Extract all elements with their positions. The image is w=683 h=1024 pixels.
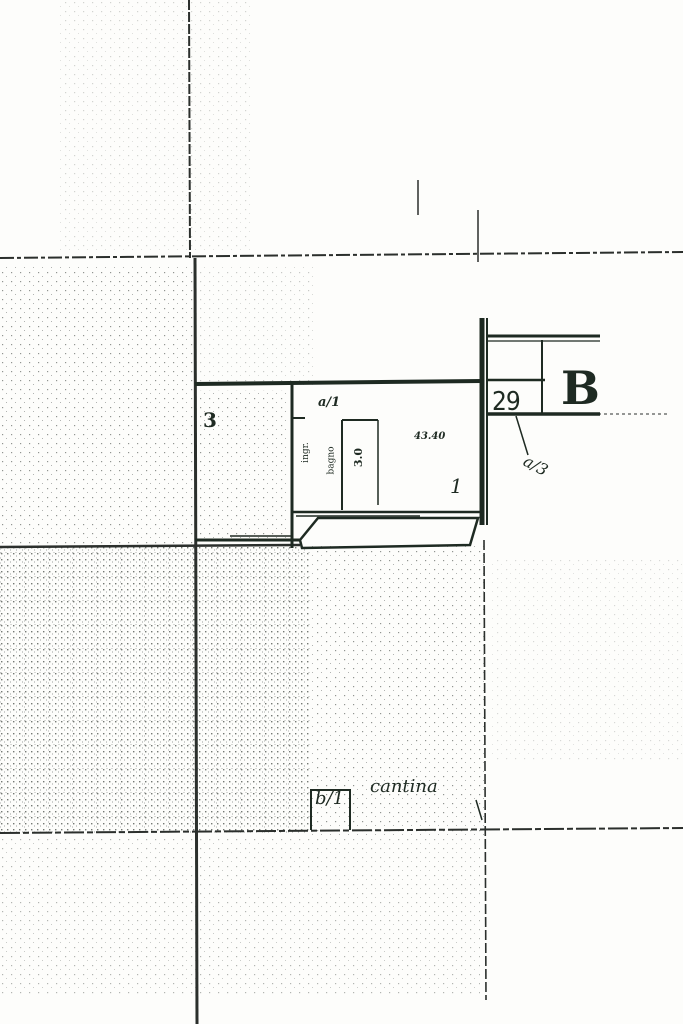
vertical-label-entrance: ingr. xyxy=(302,442,311,463)
cellar-label: cantina xyxy=(370,778,438,796)
vertical-label-dimension: 3.0 xyxy=(353,448,364,467)
floor-plan-sheet: 3 a/1 43.40 1 ingr. bagno 3.0 29 B a/3 b… xyxy=(0,0,683,1024)
cellar-box-label: b/1 xyxy=(315,790,344,808)
room-marker-3: 3 xyxy=(203,410,217,430)
vertical-label-bath: bagno xyxy=(328,446,337,474)
block-letter-label: B xyxy=(561,365,600,411)
unit-subalterno-label: a/1 xyxy=(318,396,340,409)
plan-drawing xyxy=(0,0,683,1024)
room-number-label: 1 xyxy=(450,476,463,496)
stair-number-label: 29 xyxy=(492,389,520,415)
room-area-label: 43.40 xyxy=(414,432,445,442)
